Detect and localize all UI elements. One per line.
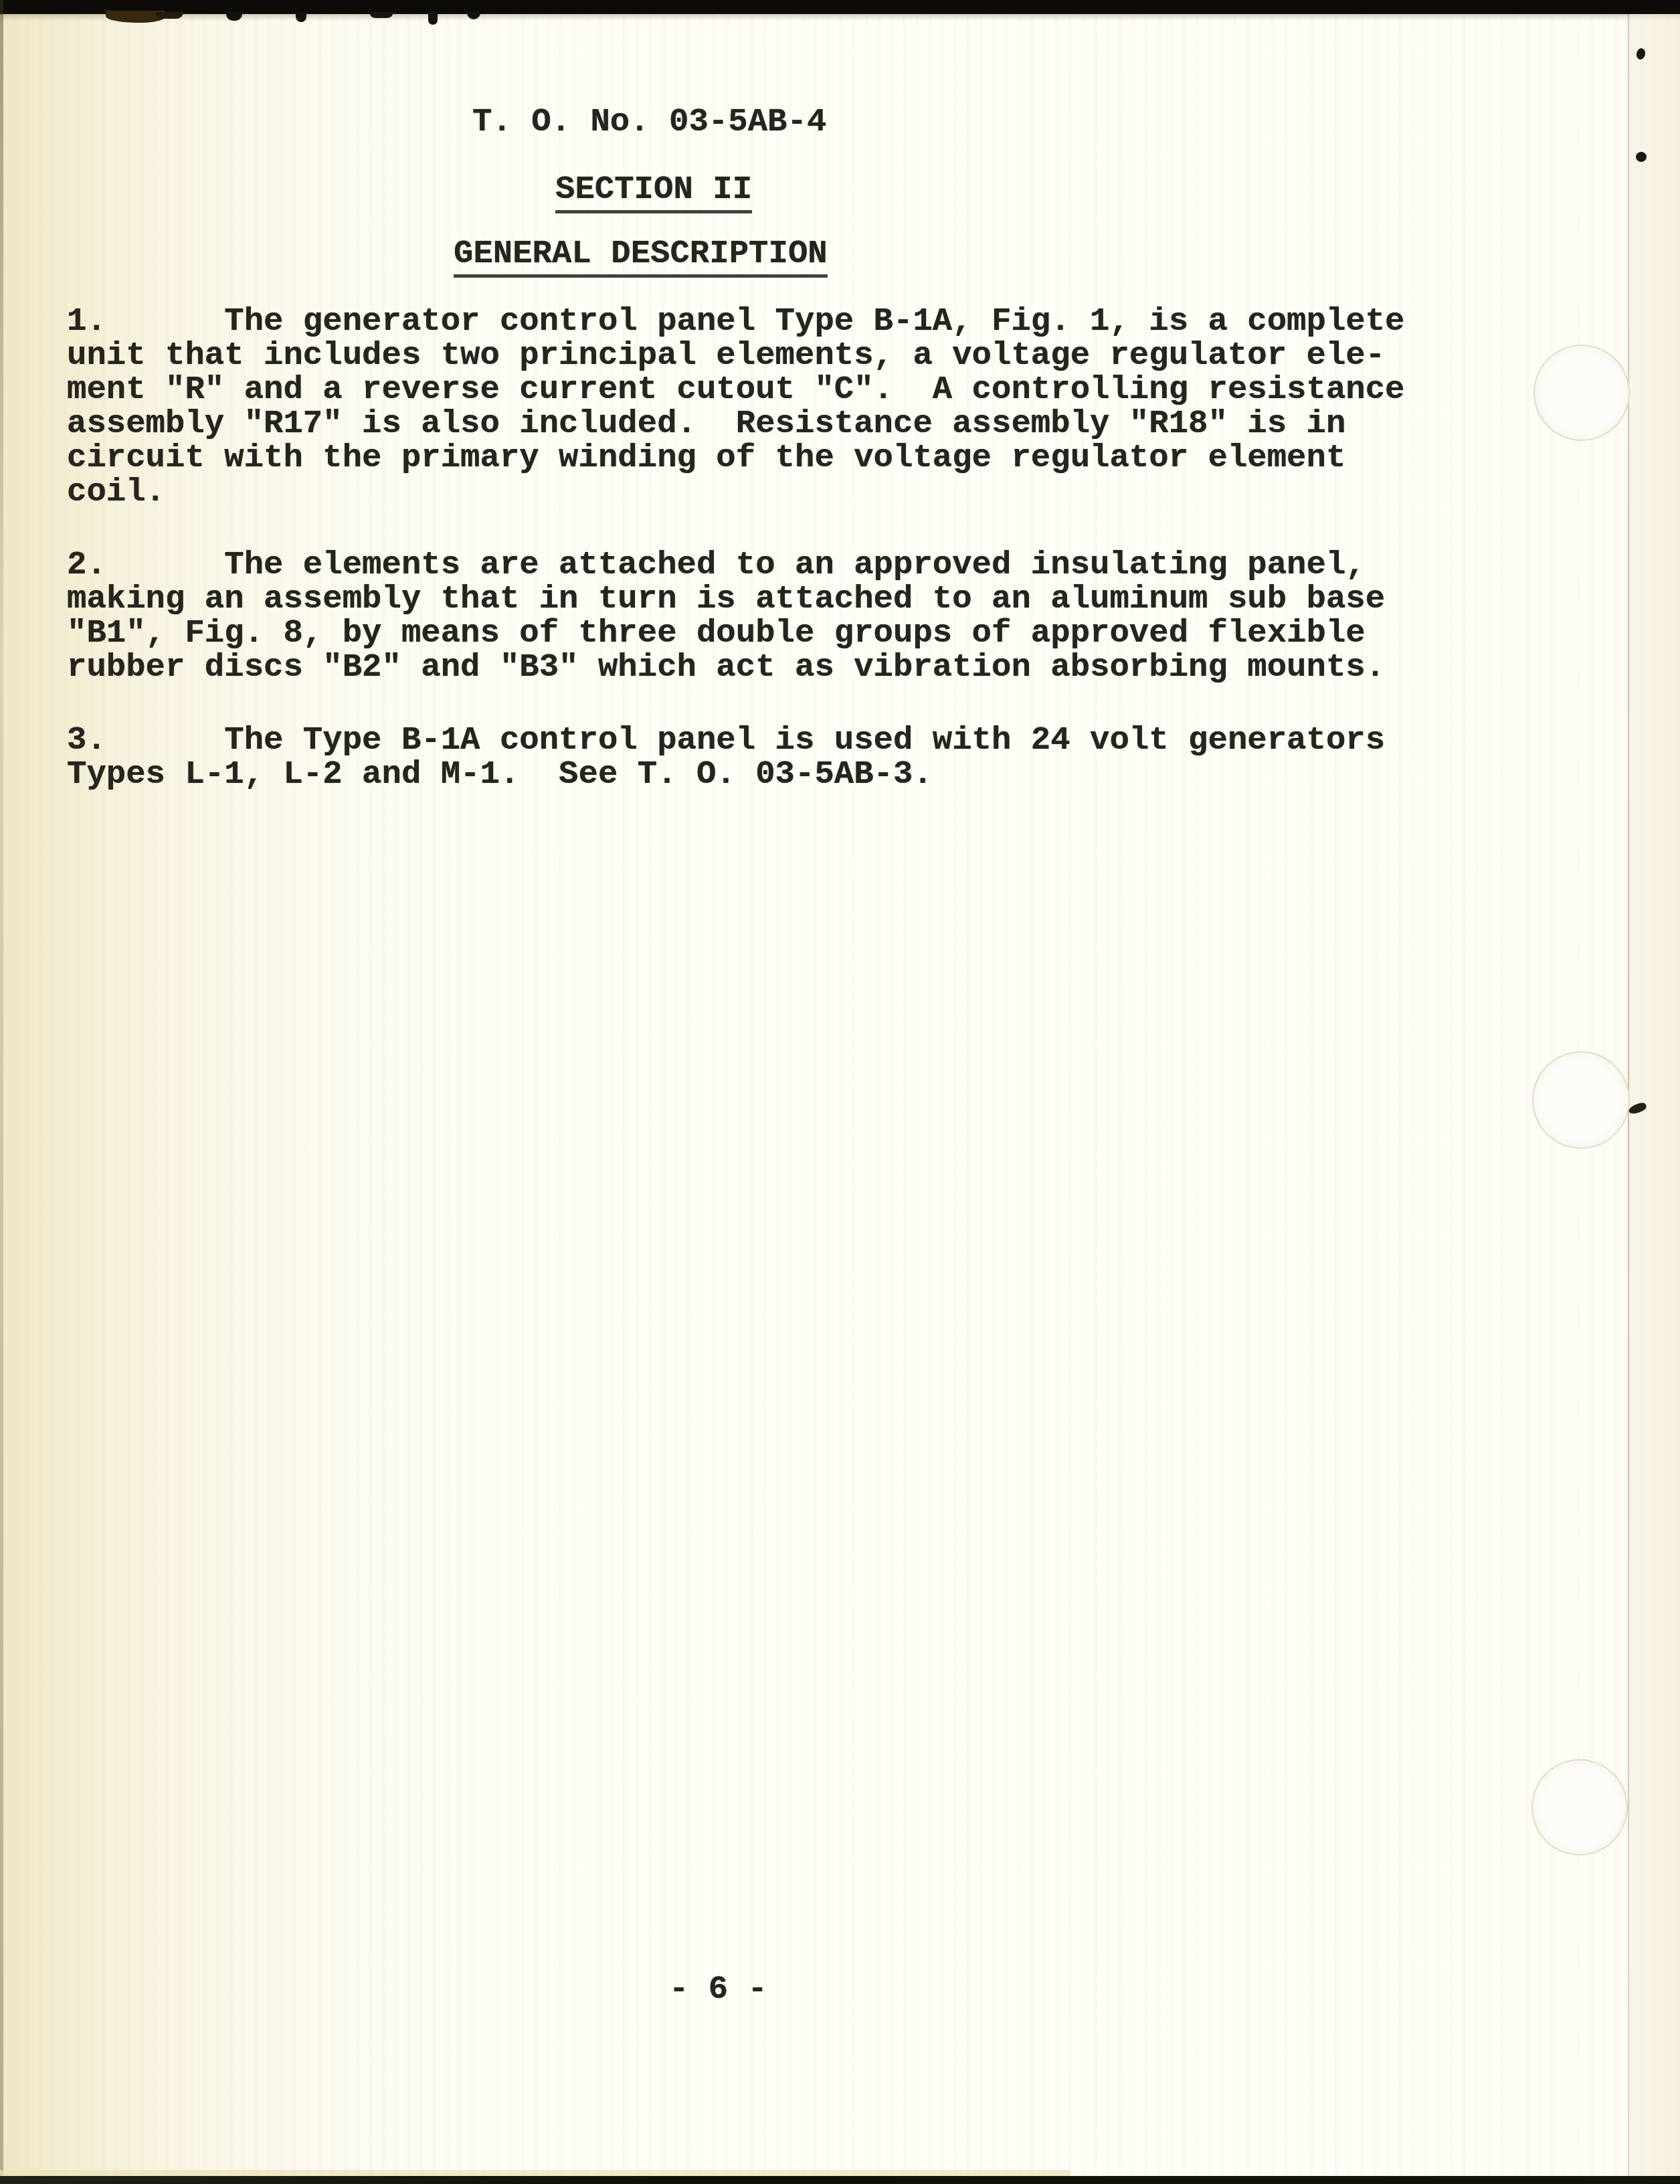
page-backing-strip [1629,14,1680,2176]
section-title: SECTION II [555,173,752,213]
ink-speck [1636,152,1647,162]
scan-bottom-edge [0,2176,1680,2184]
scan-left-edge [0,0,3,2184]
paragraph-3: 3. The Type B-1A control panel is used w… [67,723,1459,792]
paragraph-2: 2. The elements are attached to an appro… [67,548,1459,685]
document-number: T. O. No. 03-5AB-4 [472,105,826,139]
punch-hole-impression [1533,345,1630,441]
scan-ink-drip [428,12,438,25]
general-description-title: GENERAL DESCRIPTION [454,237,828,278]
page-number: - 6 - [669,1973,767,2007]
scan-ink-drip [155,12,183,19]
scan-bottom-stain [0,2170,1070,2176]
scan-top-edge [0,0,1680,14]
scan-ink-drip [369,12,393,18]
punch-hole-impression [1532,1051,1630,1149]
body-text: 1. The generator control panel Type B-1A… [67,304,1459,830]
punch-hole-impression [1531,1759,1628,1855]
paragraph-1: 1. The generator control panel Type B-1A… [67,304,1459,509]
scan-top-stain [0,14,1680,21]
